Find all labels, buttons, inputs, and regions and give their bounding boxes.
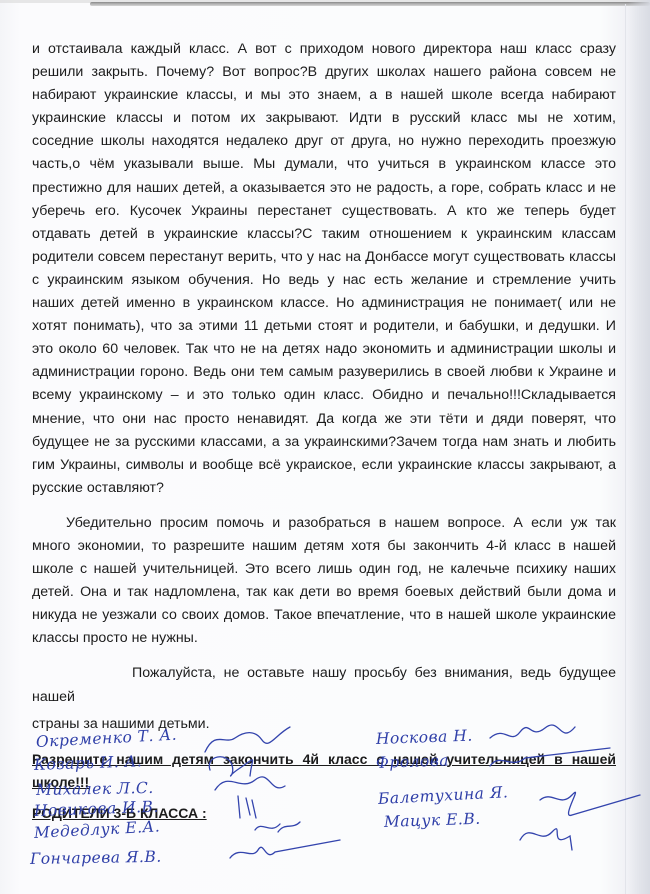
signature-scrawls — [0, 0, 650, 894]
scanned-page: и отстаивала каждый класс. А вот с прихо… — [0, 0, 650, 894]
